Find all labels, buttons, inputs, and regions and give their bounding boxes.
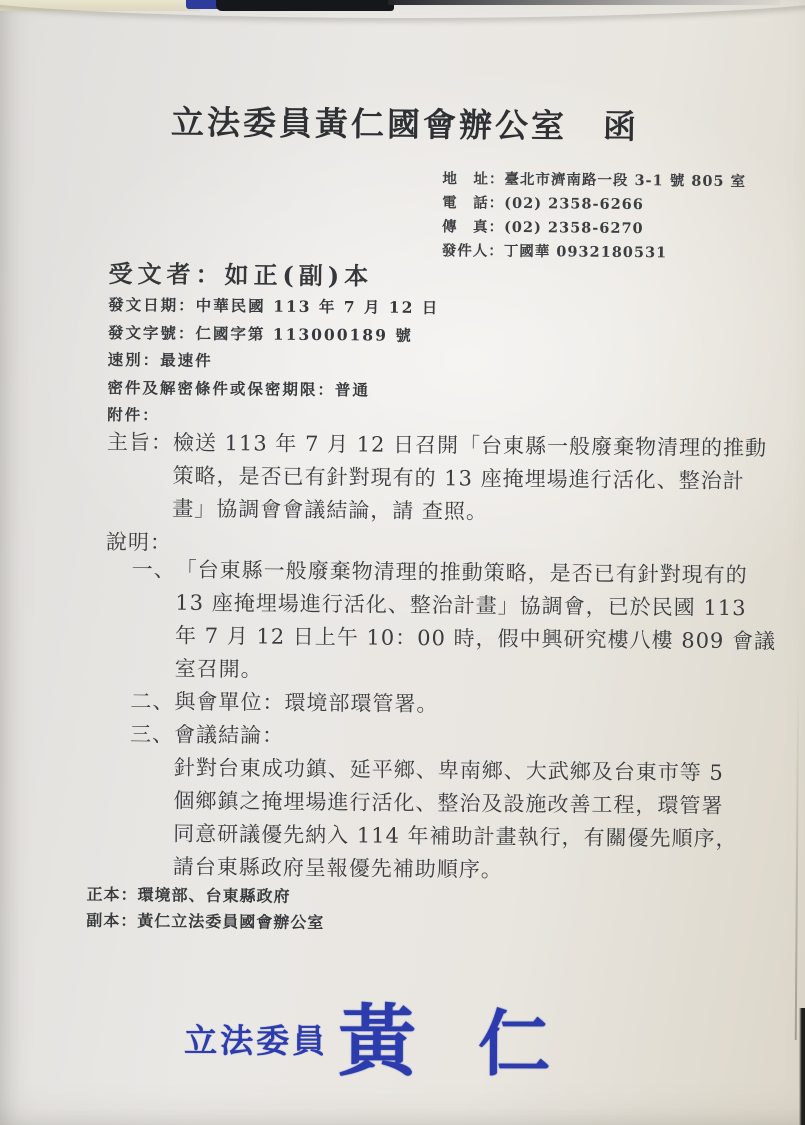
document-meta-block: 發文日期：中華民國 113 年 7 月 12 日 發文字號：仁國字第 11300… [107, 291, 439, 432]
signature-stamp: 立法委員 黃 仁 [184, 990, 550, 1087]
item-number: 一、 [131, 553, 176, 685]
copies-block: 正本：環境部、台東縣政府 副本：黃仁立法委員國會辦公室 [86, 882, 325, 936]
subject-label: 主旨： [106, 426, 173, 526]
subject-section: 主旨： 檢送 113 年 7 月 12 日召開「台東縣一般廢棄物清理的推動 策略… [106, 426, 767, 531]
explanation-label: 說明： [106, 526, 172, 557]
item-number: 二、 [130, 685, 174, 718]
signature-name-char-1: 黃 [338, 979, 416, 1091]
meeting-conclusion-text: 針對台東成功鎮、延平鄉、卑南鄉、大武鄉及台東市等 5 個鄉鎮之掩埋場進行活化、整… [173, 752, 775, 890]
sender-contact-block: 地 址：臺北市濟南路一段 3-1 號 805 室 電 話：(02) 2358-6… [442, 167, 747, 266]
document-title: 立法委員黃仁國會辦公室 函 [45, 95, 765, 149]
item-text: 「台東縣一般廢棄物清理的推動策略，是否已有針對現有的 13 座掩埋場進行活化、整… [175, 554, 777, 692]
dark-background-corner [799, 1008, 805, 1125]
recipient-line: 受文者：如正(副)本 [108, 254, 373, 292]
document-photo: 立法委員黃仁國會辦公室 函 地 址：臺北市濟南路一段 3-1 號 805 室 電… [0, 0, 805, 1125]
signature-name-char-2: 仁 [478, 986, 550, 1090]
official-letter: 立法委員黃仁國會辦公室 函 地 址：臺北市濟南路一段 3-1 號 805 室 電… [0, 0, 805, 1125]
explanation-item-1: 一、 「台東縣一般廢棄物清理的推動策略，是否已有針對現有的 13 座掩埋場進行活… [131, 553, 777, 691]
explanation-items: 一、 「台東縣一般廢棄物清理的推動策略，是否已有針對現有的 13 座掩埋場進行活… [129, 553, 777, 889]
item-text: 與會單位：環境部環管署。 [174, 686, 438, 722]
signature-title: 立法委員 [184, 1015, 328, 1062]
subject-text: 檢送 113 年 7 月 12 日召開「台東縣一般廢棄物清理的推動 策略，是否已… [172, 427, 767, 532]
item-number: 三、 [130, 718, 174, 751]
item-text: 會議結論： [174, 719, 284, 753]
